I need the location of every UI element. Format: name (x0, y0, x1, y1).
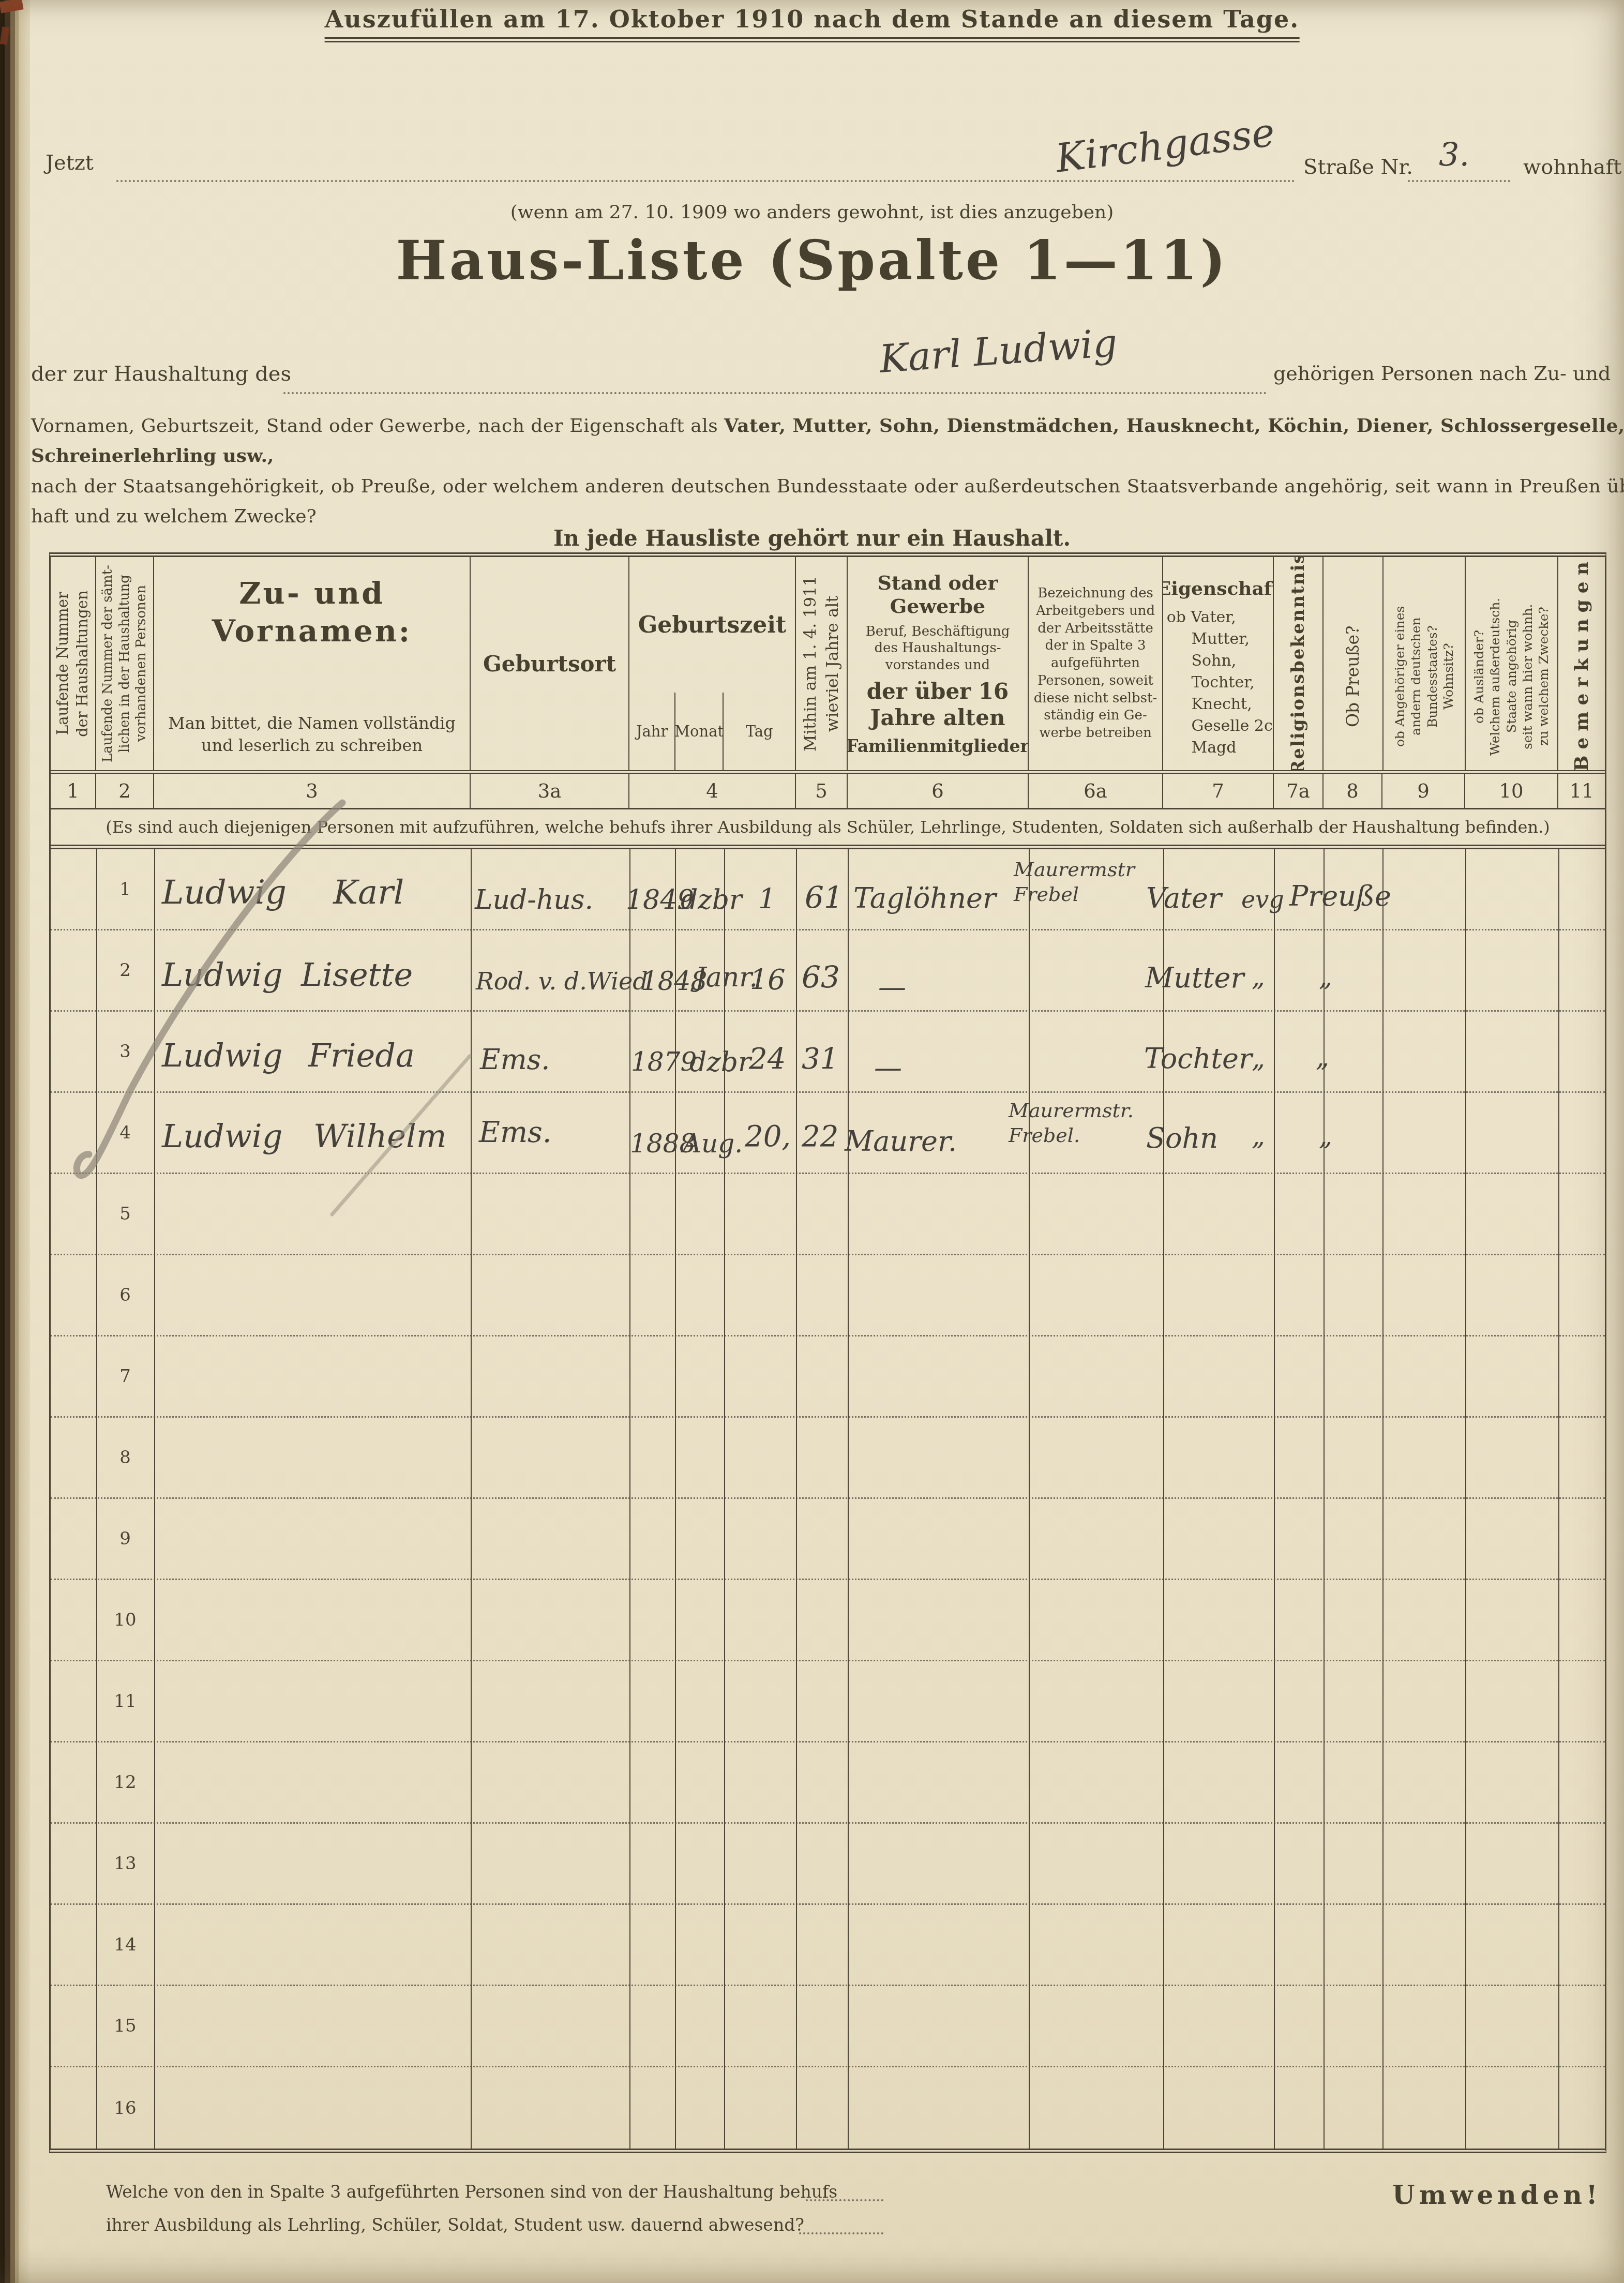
table-row: 9 (51, 1499, 1605, 1580)
column-number-strip: 1 2 3 3a 4 5 6 6a 7 7a 8 9 10 11 (51, 770, 1605, 809)
entry-relationship: Mutter (1145, 964, 1244, 992)
entry-name: Ludwig Karl (162, 876, 404, 909)
header-col1: Laufende Nummer der Haushaltungen (51, 557, 96, 770)
grid-line (675, 849, 676, 2149)
grid-line (471, 849, 472, 2149)
intro-line5: haft und zu welchem Zwecke? (31, 506, 317, 527)
table-row: 7 (51, 1336, 1605, 1418)
colnum-5: 5 (796, 774, 848, 808)
footer-dotted-line2 (799, 2232, 883, 2234)
entry-birth-year: 1879 (631, 1049, 697, 1075)
top-instruction: Auszufüllen am 17. Oktober 1910 nach dem… (325, 5, 1300, 42)
entry-employer: Maurermstr Frebel (1014, 858, 1135, 907)
colnum-1: 1 (51, 774, 96, 808)
colnum-7: 7 (1163, 774, 1274, 808)
street-number-dotted-line (1408, 180, 1510, 182)
col6-sub3: Familienmitglieder (848, 736, 1029, 756)
header-col11: Bemerkungen (1558, 557, 1605, 770)
table-row: 15 (51, 1986, 1605, 2067)
street-name-handwritten: Kirchgasse (1053, 109, 1277, 181)
grid-line (1029, 849, 1030, 2149)
entry-occupation: Maurer. (845, 1128, 957, 1155)
household-rule: In jede Hausliste gehört nur ein Haushal… (553, 525, 1071, 551)
colnum-4: 4 (629, 774, 796, 808)
header-staatsangehoerigkeit-group: Staatsangehörigkeit Ob Preuße? ob Angehö… (1324, 557, 1558, 770)
entry-birth-month: dzbr (681, 887, 742, 913)
entry-birthplace: Rod. v. d.Wied (476, 969, 648, 993)
col4-monat-label: Monat (674, 693, 724, 770)
col4-jahr-label: Jahr (629, 693, 674, 770)
entry-religion-ditto: „ (1252, 964, 1265, 990)
intro-line4: nach der Staatsangehörigkeit, ob Preuße,… (31, 476, 1624, 497)
relocation-note: (wenn am 27. 10. 1909 wo anders gewohnt,… (510, 202, 1114, 223)
page-under-edge (19, 0, 30, 2283)
header-col2: Laufende Nummer der sämt- lichen in der … (96, 557, 154, 770)
entry-birth-month: dzbr (689, 1049, 751, 1076)
col4-tag-label: Tag (724, 693, 795, 770)
jetzt-label: Jetzt (46, 151, 94, 175)
turn-page-label: Umwenden! (1392, 2180, 1602, 2210)
table-row: 13 (51, 1824, 1605, 1905)
colnum-9: 9 (1382, 774, 1465, 808)
census-table: Laufende Nummer der Haushaltungen Laufen… (49, 552, 1606, 2153)
intro-line1-start: der zur Haushaltung des (31, 362, 291, 386)
col6-title: Stand oder Gewerbe (877, 571, 998, 618)
entry-age: 63 (802, 962, 840, 992)
col4-title: Geburtszeit (638, 557, 787, 693)
header-col8: Ob Preuße? (1324, 557, 1382, 770)
colnum-2: 2 (96, 774, 154, 808)
header-col4: Geburtszeit Jahr Monat Tag (629, 557, 796, 770)
grid-line (848, 849, 849, 2149)
entry-age: 31 (802, 1045, 838, 1074)
entry-nationality: Preuße (1289, 882, 1391, 910)
street-number-handwritten: 3. (1439, 136, 1469, 173)
book-binding-edge (0, 0, 19, 2283)
footer-question-line2: ihrer Ausbildung als Lehrling, Schüler, … (106, 2215, 804, 2235)
grid-line (96, 849, 97, 2149)
table-header: Laufende Nummer der Haushaltungen Laufen… (51, 557, 1605, 770)
intro-line3: Schreinerlehrling usw., (31, 445, 274, 467)
form-title: Haus-Liste (Spalte 1—11) (396, 229, 1228, 292)
entry-religion-ditto: „ (1252, 1123, 1265, 1149)
table-row: 8 (51, 1418, 1605, 1499)
header-col6a: Bezeichnung des Arbeitgebers und der Arb… (1029, 557, 1163, 770)
entry-nationality-ditto: „ (1319, 1123, 1332, 1149)
col3-subtitle: Man bittet, die Namen vollständig und le… (168, 712, 456, 757)
table-row: 10 (51, 1580, 1605, 1661)
footer-question-line1: Welche von den in Spalte 3 aufgeführten … (106, 2182, 837, 2202)
head-name-dotted-line (283, 392, 1267, 394)
table-row: 5 (51, 1174, 1605, 1255)
col6-sub1: Beruf, Beschäftigung des Haushaltungs- v… (866, 623, 1010, 674)
table-row: 14 (51, 1905, 1605, 1986)
entry-birth-day: 1 (758, 885, 776, 913)
header-col10: ob Ausländer? Welchem außerdeutsch. Staa… (1465, 557, 1557, 770)
header-col6: Stand oder Gewerbe Beruf, Beschäftigung … (848, 557, 1029, 770)
table-data-area: 1 2 3 4 5 6 7 8 9 10 11 12 13 14 15 16 L… (51, 849, 1605, 2149)
entry-birth-month: Janr. (695, 964, 758, 991)
entry-name: Ludwig Lisette (162, 959, 413, 991)
street-number-label: Straße Nr. (1303, 155, 1413, 179)
address-dotted-line (116, 180, 1296, 182)
col4-subheaders: Jahr Monat Tag (629, 693, 795, 770)
col7-title: Eigenschaft: (1163, 578, 1274, 599)
staats-group-subcolumns: Ob Preuße? ob Angehöriger eines andern d… (1324, 557, 1557, 770)
col6-sub2: der über 16 Jahre alten (867, 679, 1009, 731)
colnum-10: 10 (1465, 774, 1558, 808)
entry-birthplace: Lud-hus. (475, 887, 593, 913)
entry-age: 61 (805, 882, 843, 912)
entry-name: Ludwig Frieda (162, 1040, 415, 1072)
entry-religion-ditto: „ (1252, 1046, 1265, 1072)
col3-title: Zu- und Vornamen: (212, 575, 412, 650)
grid-line (1274, 849, 1275, 2149)
census-form-page: Auszufüllen am 17. Oktober 1910 nach dem… (0, 0, 1624, 2283)
entry-employer: Maurermstr. Frebel. (1009, 1099, 1134, 1148)
colnum-6: 6 (848, 774, 1029, 808)
entry-birthplace: Ems. (480, 1046, 550, 1074)
grid-line (796, 849, 797, 2149)
header-col7: Eigenschaft: ob Vater, Mutter, Sohn, Toc… (1163, 557, 1274, 770)
intro-line2: Vornamen, Geburtszeit, Stand oder Gewerb… (31, 415, 1624, 437)
header-col5: Mithin am 1. 4. 1911 wieviel Jahre alt (796, 557, 848, 770)
entry-birth-day: 16 (750, 966, 786, 994)
grid-line (1558, 849, 1559, 2149)
entry-relationship: Sohn (1146, 1124, 1218, 1152)
household-head-name-handwritten: Karl Ludwig (878, 321, 1119, 382)
entry-occupation: Taglöhner (853, 884, 996, 912)
intro-line2-regular: Vornamen, Geburtszeit, Stand oder Gewerb… (31, 415, 724, 437)
entry-birth-day: 20, (745, 1122, 791, 1151)
header-col9: ob Angehöriger eines andern deutschen Bu… (1382, 557, 1465, 770)
footer-dotted-line1 (806, 2199, 883, 2201)
colnum-8: 8 (1324, 774, 1382, 808)
entry-name: Ludwig Wilhelm (162, 1120, 447, 1152)
wohnhaft-label: wohnhaft (1523, 155, 1621, 179)
entry-nationality-ditto: „ (1319, 964, 1332, 990)
entry-age: 22 (802, 1122, 838, 1151)
table-row: 16 (51, 2067, 1605, 2149)
header-col7a: Religionsbekenntnis (1274, 557, 1324, 770)
header-col3: Zu- und Vornamen: Man bittet, die Namen … (154, 557, 471, 770)
intro-line2-bold: Vater, Mutter, Sohn, Dienstmädchen, Haus… (724, 415, 1624, 437)
entry-relationship: Tochter (1144, 1045, 1252, 1073)
grid-line (1382, 849, 1384, 2149)
colnum-6a: 6a (1029, 774, 1163, 808)
grid-line (1465, 849, 1466, 2149)
entry-nationality-ditto: „ (1316, 1045, 1329, 1071)
table-row: 11 (51, 1661, 1605, 1743)
colnum-7a: 7a (1274, 774, 1324, 808)
entry-occupation: — (878, 973, 906, 1001)
entry-birth-month: Aug. (683, 1131, 743, 1156)
colnum-3a: 3a (471, 774, 629, 808)
grid-line (629, 849, 630, 2149)
entry-birthplace: Ems. (479, 1118, 552, 1147)
col7-list: ob Vater, Mutter, Sohn, Tochter, Knecht,… (1167, 607, 1274, 759)
grid-line (724, 849, 725, 2149)
header-col3a: Geburtsort (471, 557, 629, 770)
table-row: 12 (51, 1743, 1605, 1824)
intro-line1-end: gehörigen Personen nach Zu- und (1273, 362, 1611, 385)
entry-occupation: — (874, 1054, 902, 1082)
entry-relationship: Vater (1146, 884, 1222, 912)
entry-birth-day: 24 (749, 1045, 786, 1074)
entry-religion: evg (1241, 888, 1284, 911)
table-row: 6 (51, 1255, 1605, 1336)
colnum-11: 11 (1558, 774, 1605, 808)
table-note: (Es sind auch diejenigen Personen mit au… (51, 809, 1605, 849)
colnum-3: 3 (154, 774, 471, 808)
grid-line (154, 849, 155, 2149)
